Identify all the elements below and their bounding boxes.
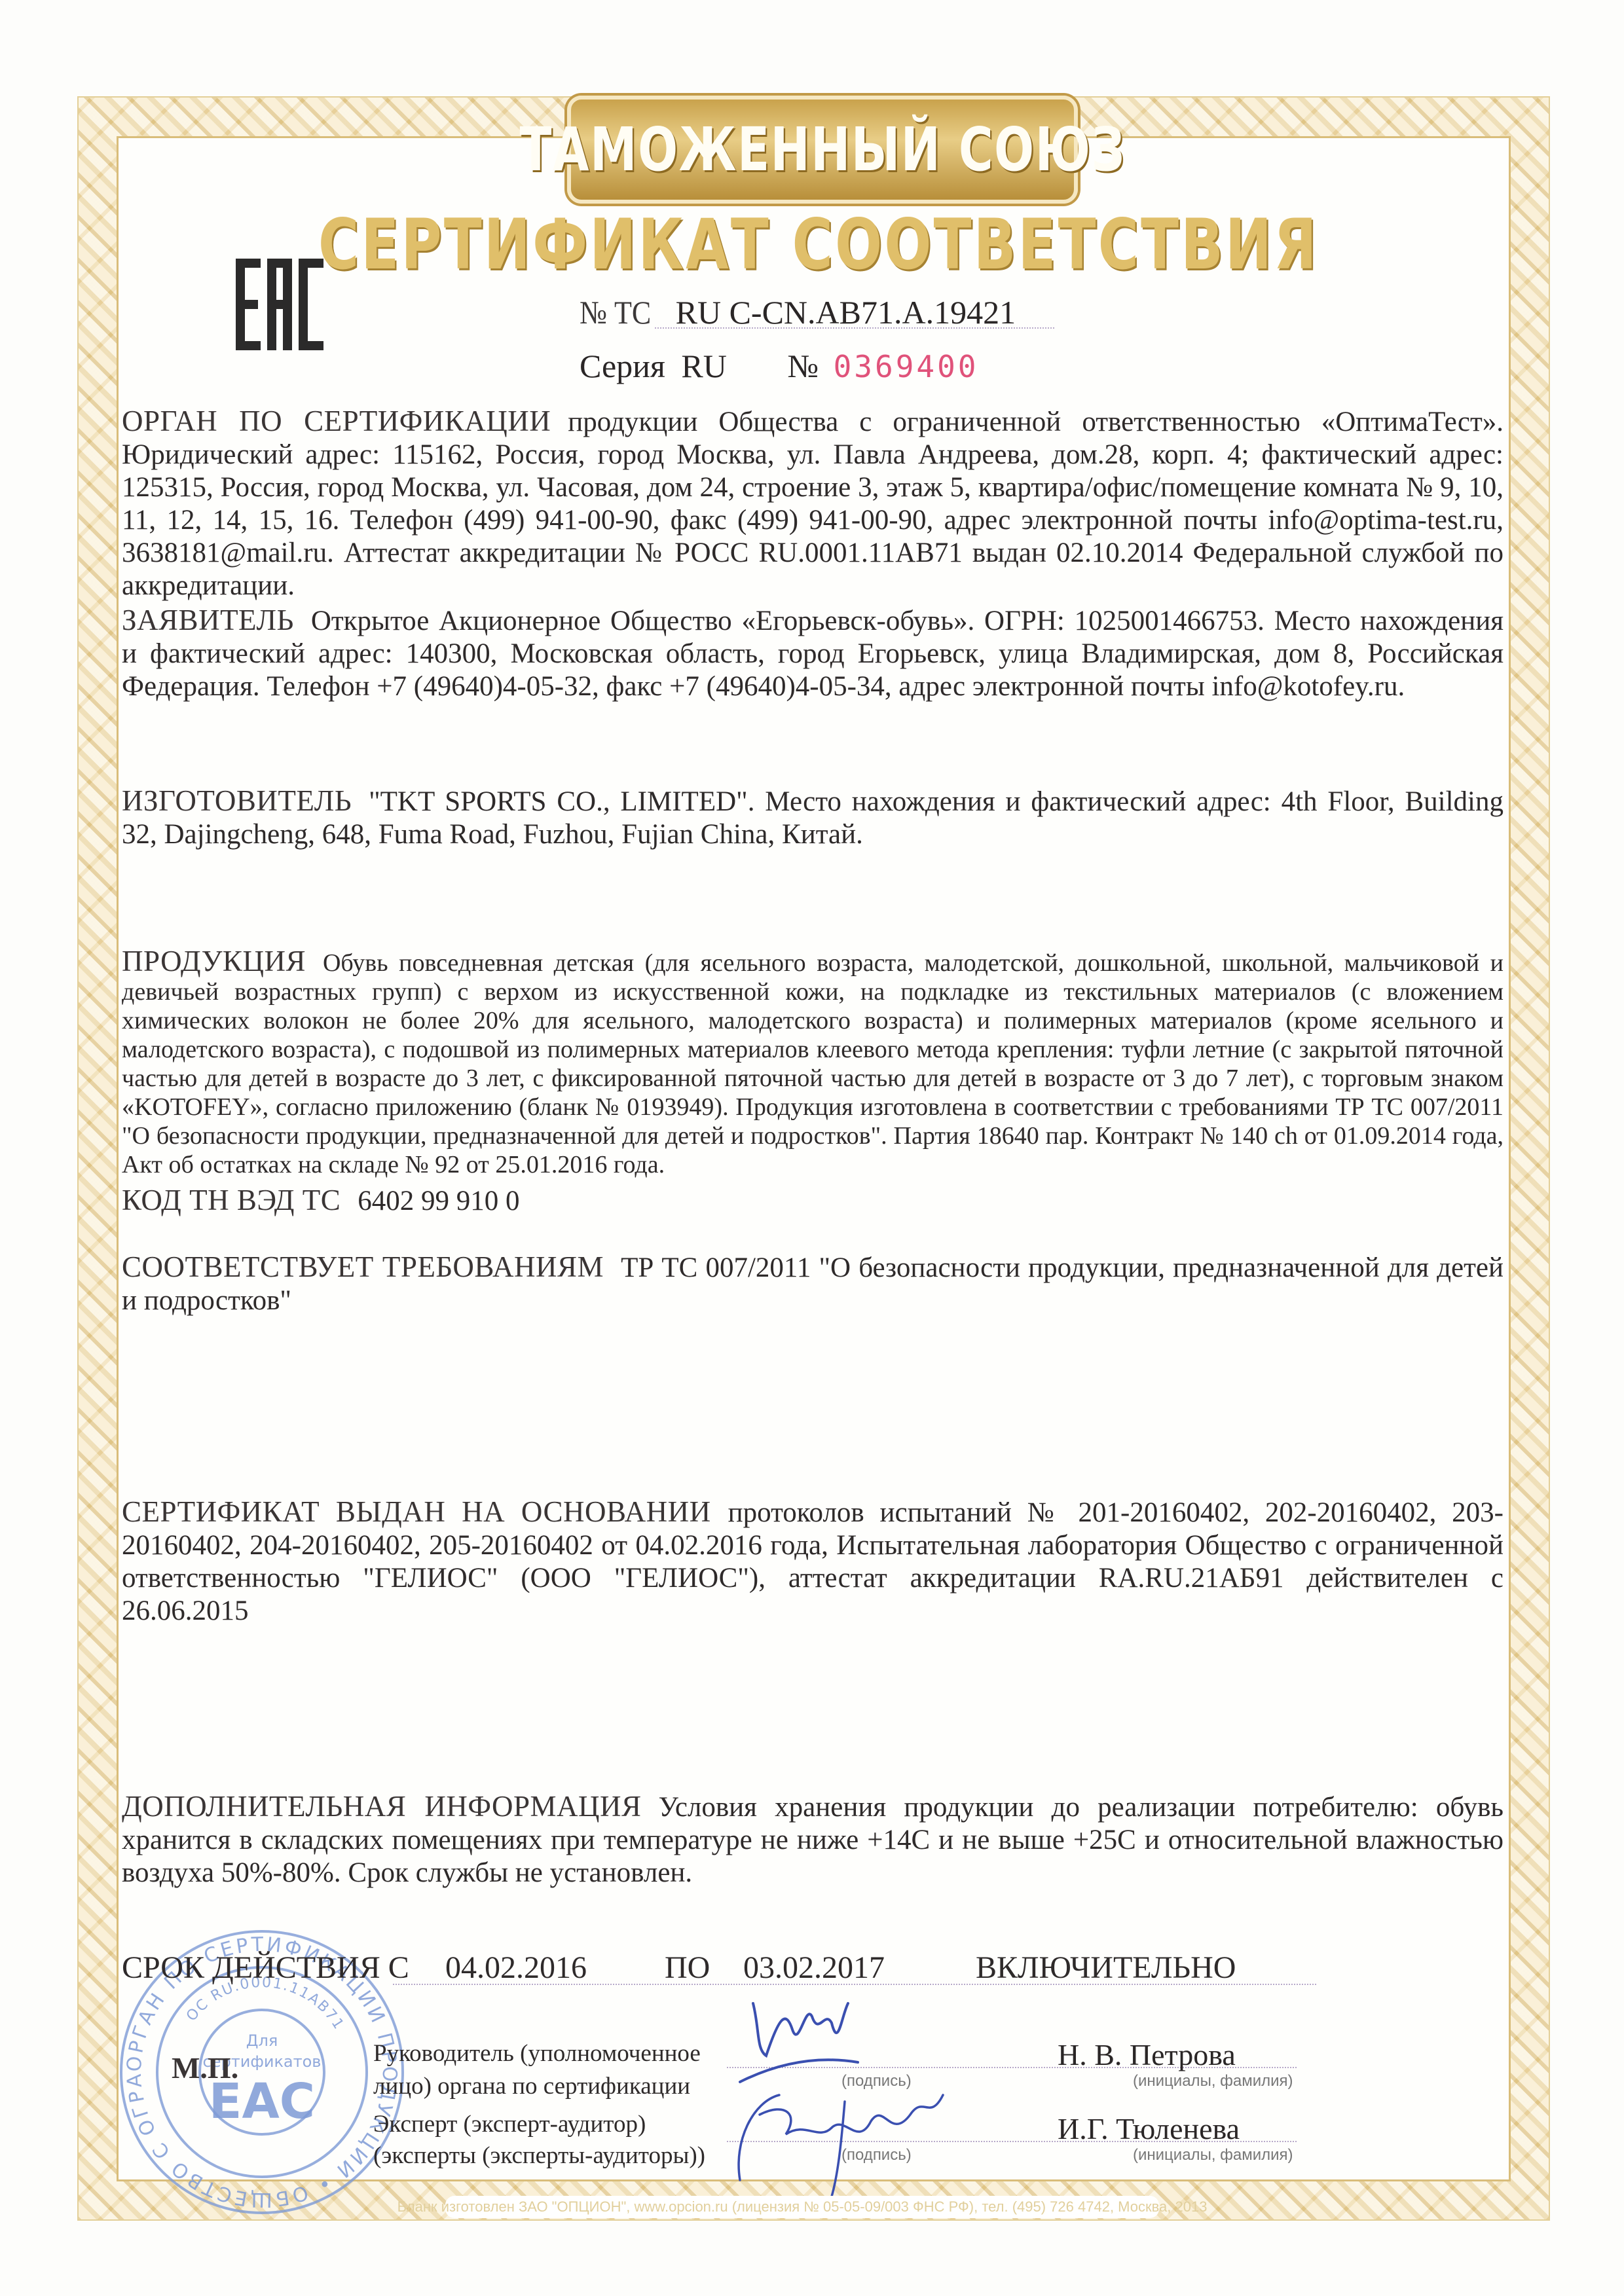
eac-letter-c: [299, 259, 323, 350]
section-product: ПРОДУКЦИЯОбувь повседневная детская (для…: [122, 947, 1504, 1179]
expert-name: И.Г. Тюленева: [1058, 2111, 1240, 2146]
section-heading: ИЗГОТОВИТЕЛЬ: [122, 784, 352, 817]
series-line: Серия RU № 0369400: [580, 347, 978, 385]
customs-union-banner: ТАМОЖЕННЫЙ СОЮЗ: [567, 96, 1078, 204]
section-heading: ОРГАН ПО СЕРТИФИКАЦИИ: [122, 405, 551, 437]
section-conforms-to: СООТВЕТСТВУЕТ ТРЕБОВАНИЯМТР ТС 007/2011 …: [122, 1250, 1504, 1317]
section-heading: ПРОДУКЦИЯ: [122, 945, 306, 977]
section-certification-body: ОРГАН ПО СЕРТИФИКАЦИИпродукции Общества …: [122, 405, 1504, 602]
expert-name-caption: (инициалы, фамилия): [1133, 2146, 1293, 2164]
expert-handwritten-signature-icon: [727, 2075, 950, 2200]
series-value: RU: [681, 348, 726, 384]
banner-text: ТАМОЖЕННЫЙ СОЮЗ: [519, 115, 1126, 185]
validity-suffix: ВКЛЮЧИТЕЛЬНО: [976, 1950, 1236, 1986]
section-manufacturer: ИЗГОТОВИТЕЛЬ"TKT SPORTS CO., LIMITED". М…: [122, 784, 1504, 851]
validity-from-date: 04.02.2016: [445, 1950, 587, 1986]
eac-logo-icon: [236, 259, 325, 350]
series-label: Серия: [580, 348, 665, 384]
section-text: Открытое Акционерное Общество «Егорьевск…: [122, 606, 1504, 702]
head-name-caption: (инициалы, фамилия): [1133, 2072, 1293, 2090]
head-role-line1: Руководитель (уполномоченное: [373, 2037, 701, 2070]
section-issued-basis: СЕРТИФИКАТ ВЫДАН НА ОСНОВАНИИпротоколов …: [122, 1495, 1504, 1628]
validity-underline: [393, 1984, 1316, 1985]
blank-number: 0369400: [834, 349, 979, 384]
section-heading: СЕРТИФИКАТ ВЫДАН НА ОСНОВАНИИ: [122, 1495, 711, 1528]
certificate-number-value: RU C-CN.AB71.A.19421: [676, 294, 1016, 331]
section-heading: ЗАЯВИТЕЛЬ: [122, 604, 294, 636]
expert-role-line2: (эксперты (эксперты-аудиторы)): [373, 2140, 705, 2172]
certificate-number-underline: [655, 327, 1054, 329]
seal-place-label: М.П.: [172, 2050, 238, 2085]
svg-text:Для: Для: [246, 2032, 278, 2050]
section-hs-code: КОД ТН ВЭД ТС6402 99 910 0: [122, 1184, 1504, 1218]
section-applicant: ЗАЯВИТЕЛЬОткрытое Акционерное Общество «…: [122, 604, 1504, 703]
section-additional-info: ДОПОЛНИТЕЛЬНАЯ ИНФОРМАЦИЯУсловия хранени…: [122, 1790, 1504, 1889]
section-text: Обувь повседневная детская (для ясельног…: [122, 949, 1504, 1178]
certificate-title-text: СЕРТИФИКАТ СООТВЕТСТВИЯ: [318, 204, 1319, 285]
section-heading: ДОПОЛНИТЕЛЬНАЯ ИНФОРМАЦИЯ: [122, 1790, 642, 1823]
blank-printer-note: Бланк изготовлен ЗАО "ОПЦИОН", www.opcio…: [445, 2196, 1159, 2218]
section-heading: СООТВЕТСТВУЕТ ТРЕБОВАНИЯМ: [122, 1250, 604, 1283]
certificate-title: СЕРТИФИКАТ СООТВЕТСТВИЯ: [458, 208, 1179, 280]
section-heading: КОД ТН ВЭД ТС: [122, 1184, 341, 1216]
expert-role-line1: Эксперт (эксперт-аудитор): [373, 2108, 646, 2141]
certificate-number-line: № ТС RU C-CN.AB71.A.19421: [580, 293, 1016, 331]
head-role-line2: лицо) органа по сертификации: [373, 2070, 690, 2103]
validity-to-date: 03.02.2017: [743, 1950, 885, 1986]
blank-number-label: №: [787, 348, 819, 384]
certificate-number-label: № ТС: [580, 293, 651, 331]
eac-letter-e: [236, 259, 261, 350]
validity-to-label: ПО: [665, 1950, 710, 1986]
head-name: Н. В. Петрова: [1058, 2037, 1236, 2072]
validity-label: СРОК ДЕЙСТВИЯ С: [122, 1950, 409, 1986]
hs-code-value: 6402 99 910 0: [358, 1186, 519, 1216]
eac-letter-a: [267, 259, 292, 350]
